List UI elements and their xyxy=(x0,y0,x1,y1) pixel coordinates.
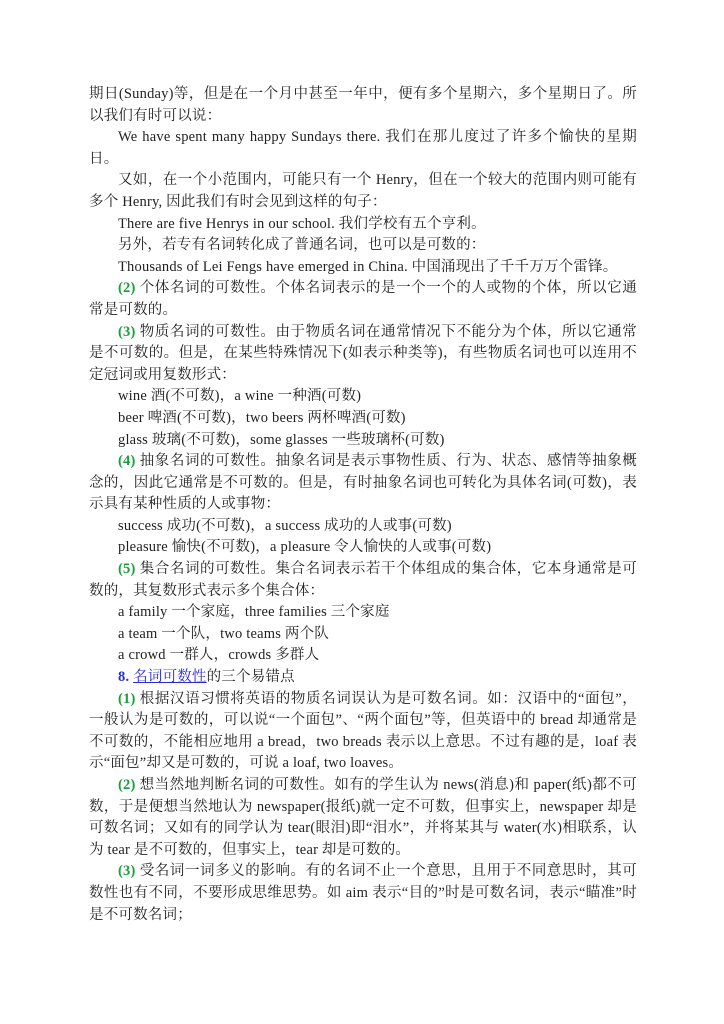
green-item-marker: (3) xyxy=(118,863,136,879)
paragraph-text: Thousands of Lei Fengs have emerged in C… xyxy=(118,259,617,275)
paragraph-text: 抽象名词的可数性。抽象名词是表示事物性质、行为、状态、感情等抽象概念的，因此它通… xyxy=(89,453,637,512)
paragraph-text: a crowd 一群人，crowds 多群人 xyxy=(118,647,319,663)
paragraph: We have spent many happy Sundays there. … xyxy=(89,127,637,170)
paragraph: (4) 抽象名词的可数性。抽象名词是表示事物性质、行为、状态、感情等抽象概念的，… xyxy=(89,451,637,516)
paragraph-text: 的三个易错点 xyxy=(207,669,295,685)
green-item-marker: (5) xyxy=(118,561,136,577)
paragraph-text: 集合名词的可数性。集合名词表示若干个体组成的集合体，它本身通常是可数的，其复数形… xyxy=(89,561,637,599)
paragraph-text: 又如，在一个小范围内，可能只有一个 Henry，但在一个较大的范围内则可能有多个… xyxy=(89,172,637,210)
paragraph-text: 期日(Sunday)等，但是在一个月中甚至一年中，便有多个星期六，多个星期日了。… xyxy=(89,86,637,124)
paragraph: (3) 物质名词的可数性。由于物质名词在通常情况下不能分为个体，所以它通常是不可… xyxy=(89,322,637,387)
paragraph-text: glass 玻璃(不可数)，some glasses 一些玻璃杯(可数) xyxy=(118,432,445,448)
paragraph: (3) 受名词一词多义的影响。有的名词不止一个意思，且用于不同意思时，其可数性也… xyxy=(89,861,637,926)
paragraph-text: 个体名词的可数性。个体名词表示的是一个一个的人或物的个体，所以它通常是可数的。 xyxy=(89,280,637,318)
paragraph: glass 玻璃(不可数)，some glasses 一些玻璃杯(可数) xyxy=(89,430,637,452)
paragraph-text: a team 一个队，two teams 两个队 xyxy=(118,626,329,642)
document-page: 期日(Sunday)等，但是在一个月中甚至一年中，便有多个星期六，多个星期日了。… xyxy=(0,0,724,1024)
paragraph: a crowd 一群人，crowds 多群人 xyxy=(89,645,637,667)
paragraph: beer 啤酒(不可数)，two beers 两杯啤酒(可数) xyxy=(89,408,637,430)
paragraph-text: wine 酒(不可数)，a wine 一种酒(可数) xyxy=(118,388,361,404)
paragraph: (2) 想当然地判断名词的可数性。如有的学生认为 news(消息)和 paper… xyxy=(89,775,637,861)
section-number: 8. xyxy=(118,669,133,685)
paragraph-text: pleasure 愉快(不可数)，a pleasure 令人愉快的人或事(可数) xyxy=(118,539,491,555)
paragraph: (5) 集合名词的可数性。集合名词表示若干个体组成的集合体，它本身通常是可数的，… xyxy=(89,559,637,602)
paragraph: a family 一个家庭，three families 三个家庭 xyxy=(89,602,637,624)
paragraph: Thousands of Lei Fengs have emerged in C… xyxy=(89,257,637,279)
paragraph-text: 想当然地判断名词的可数性。如有的学生认为 news(消息)和 paper(纸)都… xyxy=(89,777,637,858)
green-item-marker: (3) xyxy=(118,324,136,340)
paragraph-text: 另外，若专有名词转化成了普通名词，也可以是可数的： xyxy=(118,237,486,253)
paragraph-text: 受名词一词多义的影响。有的名词不止一个意思，且用于不同意思时，其可数性也有不同，… xyxy=(89,863,637,922)
paragraph-text: beer 啤酒(不可数)，two beers 两杯啤酒(可数) xyxy=(118,410,406,426)
green-item-marker: (2) xyxy=(118,777,136,793)
paragraph-text: 根据汉语习惯将英语的物质名词误认为是可数名词。如：汉语中的“面包”，一般认为是可… xyxy=(89,691,637,772)
paragraph-text: success 成功(不可数)，a success 成功的人或事(可数) xyxy=(118,518,452,534)
paragraph: 期日(Sunday)等，但是在一个月中甚至一年中，便有多个星期六，多个星期日了。… xyxy=(89,84,637,127)
paragraph-text: There are five Henrys in our school. 我们学… xyxy=(118,216,486,232)
paragraph: pleasure 愉快(不可数)，a pleasure 令人愉快的人或事(可数) xyxy=(89,537,637,559)
paragraph: wine 酒(不可数)，a wine 一种酒(可数) xyxy=(89,386,637,408)
green-item-marker: (2) xyxy=(118,280,136,296)
green-item-marker: (4) xyxy=(118,453,136,469)
paragraph: success 成功(不可数)，a success 成功的人或事(可数) xyxy=(89,516,637,538)
paragraph-text: We have spent many happy Sundays there. … xyxy=(89,129,637,167)
paragraph: There are five Henrys in our school. 我们学… xyxy=(89,214,637,236)
paragraph: 又如，在一个小范围内，可能只有一个 Henry，但在一个较大的范围内则可能有多个… xyxy=(89,170,637,213)
green-item-marker: (1) xyxy=(118,691,136,707)
paragraph: 8. 名词可数性的三个易错点 xyxy=(89,667,637,689)
paragraph-text: 物质名词的可数性。由于物质名词在通常情况下不能分为个体，所以它通常是不可数的。但… xyxy=(89,324,637,383)
paragraph: a team 一个队，two teams 两个队 xyxy=(89,624,637,646)
paragraph: (1) 根据汉语习惯将英语的物质名词误认为是可数名词。如：汉语中的“面包”，一般… xyxy=(89,689,637,775)
paragraph: (2) 个体名词的可数性。个体名词表示的是一个一个的人或物的个体，所以它通常是可… xyxy=(89,278,637,321)
noun-countability-link[interactable]: 名词可数性 xyxy=(133,669,207,685)
document-body: 期日(Sunday)等，但是在一个月中甚至一年中，便有多个星期六，多个星期日了。… xyxy=(89,84,637,926)
paragraph-text: a family 一个家庭，three families 三个家庭 xyxy=(118,604,390,620)
paragraph: 另外，若专有名词转化成了普通名词，也可以是可数的： xyxy=(89,235,637,257)
